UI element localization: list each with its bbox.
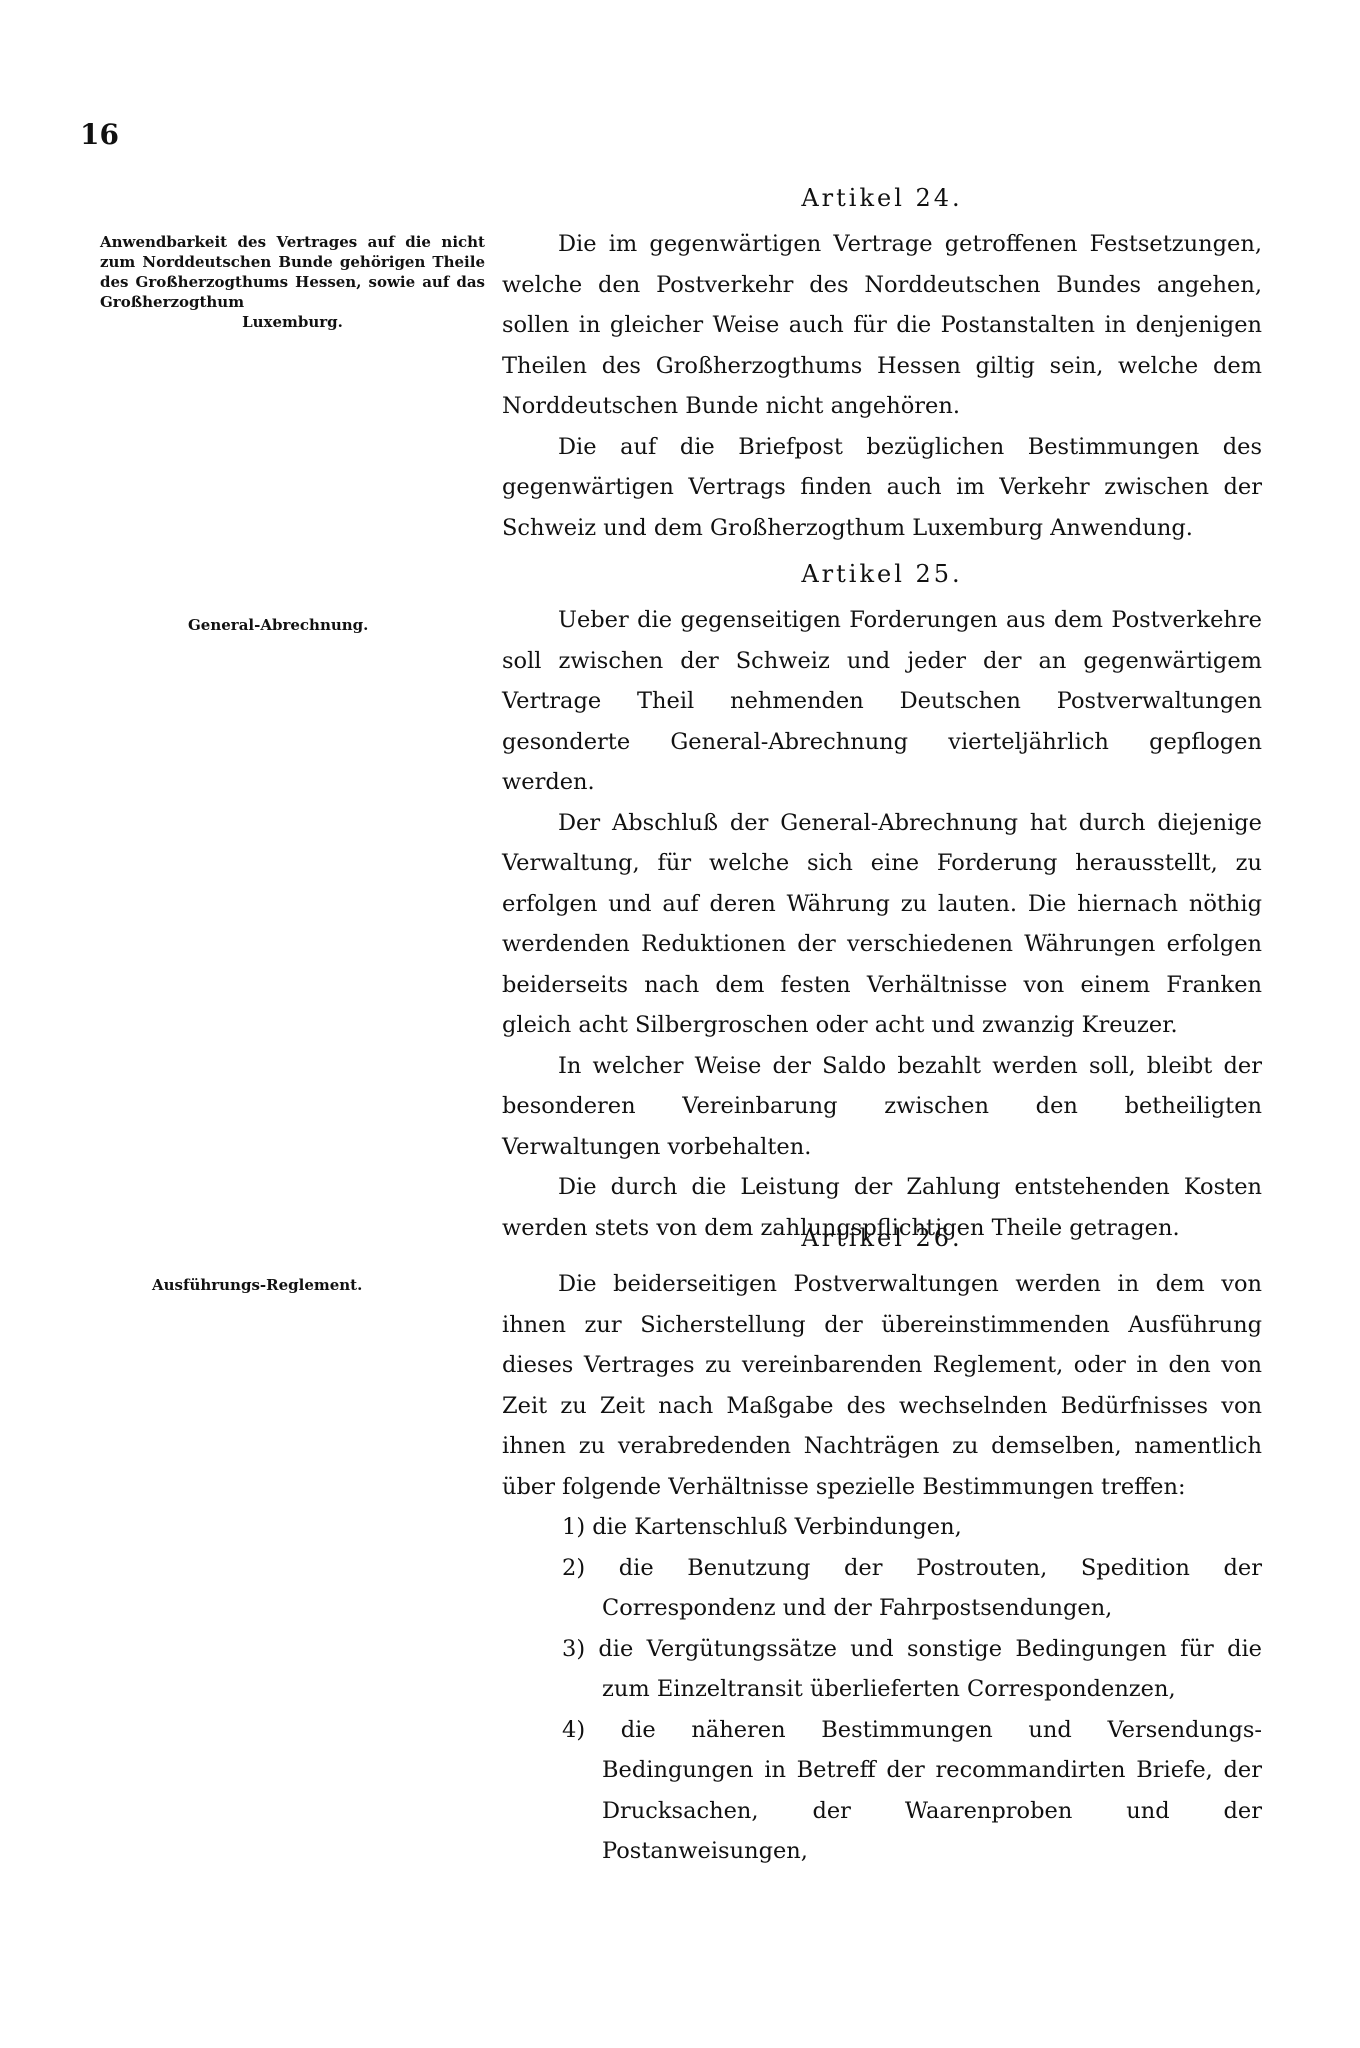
paragraph: Ueber die gegenseitigen Forderungen aus … [502,600,1262,803]
paragraph: Die im gegenwärtigen Vertrage getroffene… [502,224,1262,427]
margin-note-article-25: General-Abrechnung. [188,615,368,635]
paragraph: Die beiderseitigen Postverwaltungen werd… [502,1264,1262,1507]
article-title: Artikel 24. [502,172,1262,224]
list-item: 1) die Kartenschluß Verbindungen, [542,1507,1262,1548]
list-item: 3) die Vergütungssätze und sonstige Bedi… [542,1629,1262,1710]
page-number: 16 [80,118,119,151]
margin-note-article-26: Ausführungs-Reglement. [152,1275,362,1295]
paragraph: Der Abschluß der General-Abrechnung hat … [502,803,1262,1046]
margin-note-article-24: Anwendbarkeit des Vertrages auf die nich… [100,232,485,332]
margin-note-text: Anwendbarkeit des Vertrages auf die nich… [100,233,485,311]
article-title: Artikel 25. [502,548,1262,600]
list-item: 4) die näheren Bestimmungen und Versendu… [542,1710,1262,1872]
article-26: Artikel 26. Die beiderseitigen Postverwa… [502,1212,1262,1872]
article-title: Artikel 26. [502,1212,1262,1264]
article-25: Artikel 25. Ueber die gegenseitigen Ford… [502,548,1262,1248]
paragraph: Die auf die Briefpost bezüglichen Bestim… [502,427,1262,549]
paragraph: In welcher Weise der Saldo bezahlt werde… [502,1046,1262,1168]
article-24: Artikel 24. Die im gegenwärtigen Vertrag… [502,172,1262,548]
list-item: 2) die Benutzung der Postrouten, Spediti… [542,1548,1262,1629]
margin-note-last-line: Luxemburg. [100,312,485,332]
